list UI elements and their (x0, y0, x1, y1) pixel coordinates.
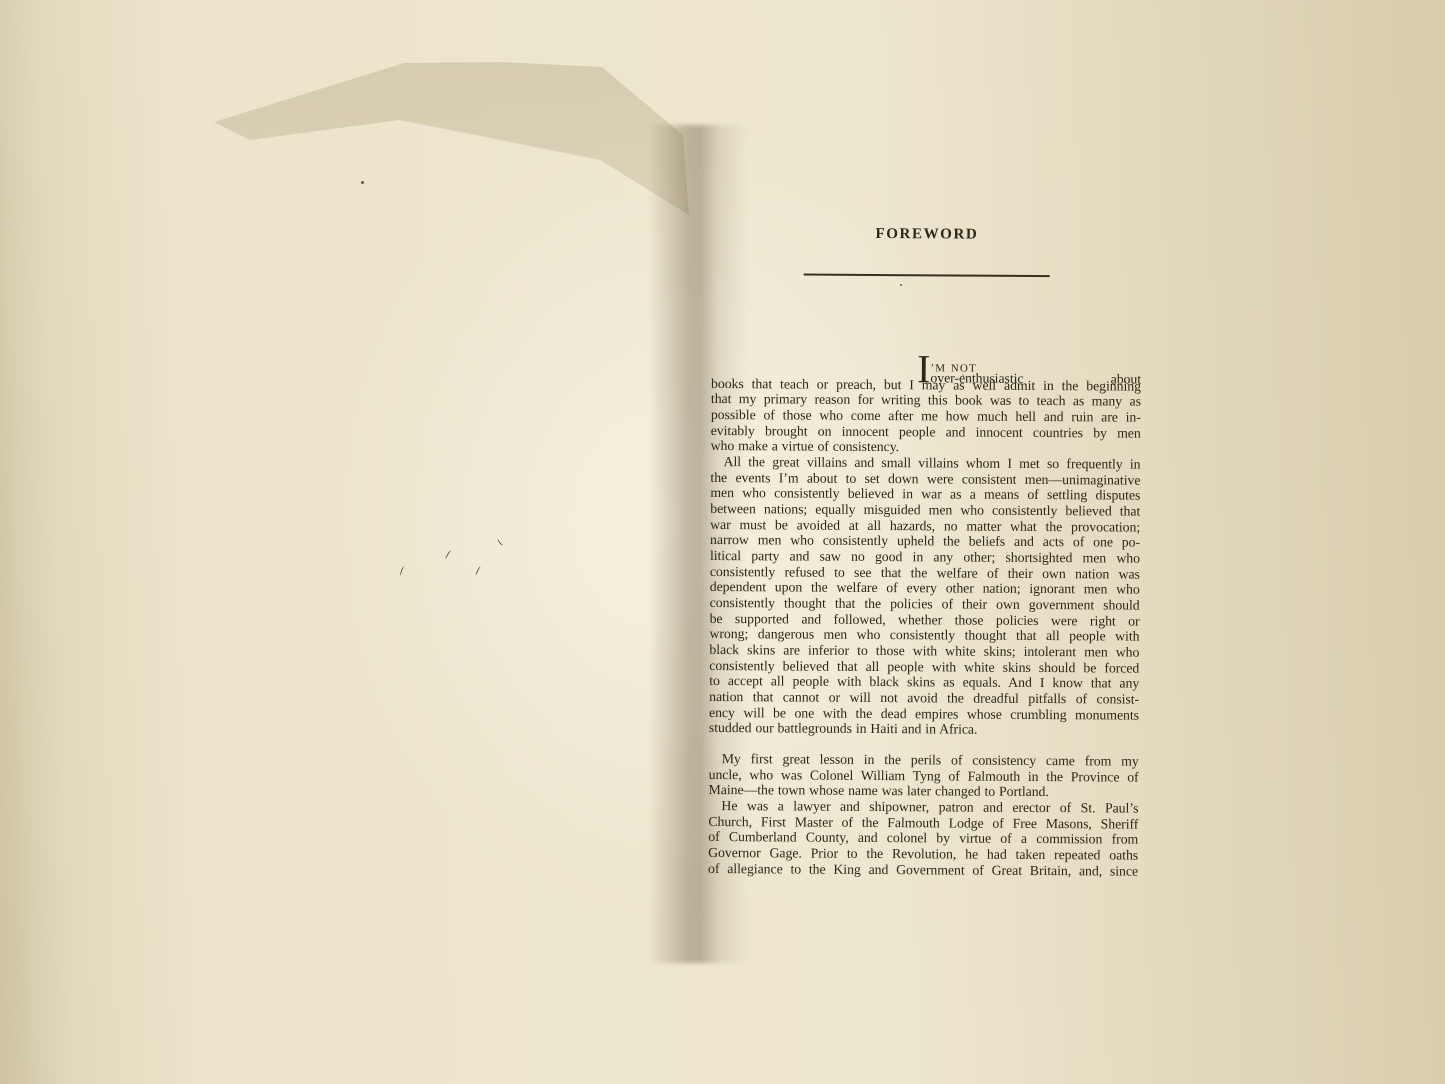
text-line: studded our battlegrounds in Haiti and i… (709, 720, 1139, 738)
small-caps-lead: ’M NOT (930, 361, 977, 377)
page-title: FOREWORD (712, 225, 1142, 244)
paragraph: He was a lawyer and shipowner, patron an… (708, 798, 1138, 879)
paragraph: I’M NOT over-enthusiastic aboutbooks tha… (711, 360, 1142, 457)
heading-rule (804, 274, 1050, 278)
dust-speck (361, 181, 364, 184)
paragraph: My first great lesson in the perils of c… (708, 751, 1138, 801)
initial-capital: I (917, 346, 931, 391)
text-line: of allegiance to the King and Government… (708, 861, 1138, 879)
paragraph: All the great villains and small villain… (709, 454, 1141, 739)
foreword-text-block: FOREWORD I’M NOT over-enthusiastic about… (708, 225, 1142, 879)
photo-scene: 29 19 C TIB FOREWORD I’M NOT over-enthus… (0, 0, 1445, 1084)
foreword-paragraphs: I’M NOT over-enthusiastic aboutbooks tha… (708, 360, 1141, 879)
